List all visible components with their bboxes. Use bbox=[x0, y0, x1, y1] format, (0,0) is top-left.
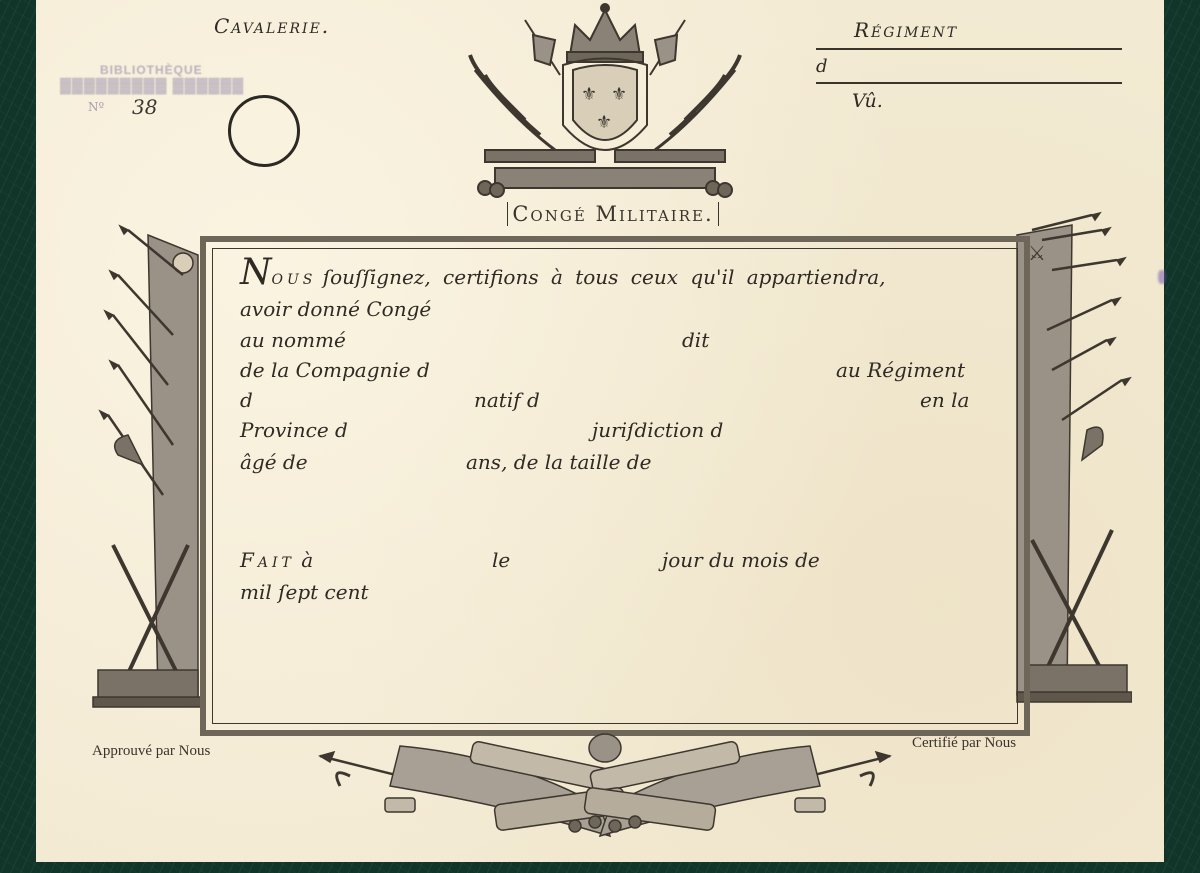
ink-spot bbox=[1158, 270, 1166, 284]
title-text: Congé Militaire. bbox=[507, 202, 718, 226]
stamp-line-1: BIBLIOTHÈQUE bbox=[60, 62, 244, 78]
body-line-3-mid: dit bbox=[682, 328, 709, 352]
body-line-1: Nous ſouſſignez, certifions à tous ceux … bbox=[240, 252, 886, 293]
body-line-8-right: jour du mois de bbox=[662, 548, 820, 572]
nomme-input[interactable] bbox=[366, 328, 670, 354]
stamp-number-label: Nº bbox=[88, 100, 104, 114]
dropcap: N bbox=[240, 252, 272, 293]
library-stamp: BIBLIOTHÈQUE ▓▓▓▓▓▓▓▓▓ ▓▓▓▓▓▓ bbox=[60, 62, 244, 94]
body-line-7-left: âgé de bbox=[240, 450, 308, 474]
body-line-9: mil ſept cent bbox=[240, 580, 369, 604]
approval-signature-label: Approuvé par Nous bbox=[92, 743, 210, 760]
seal-circle-icon bbox=[228, 95, 300, 167]
svg-text:⚜: ⚜ bbox=[611, 84, 627, 105]
svg-text:⚜: ⚜ bbox=[596, 112, 612, 133]
stamp-line-2: ▓▓▓▓▓▓▓▓▓ ▓▓▓▓▓▓ bbox=[60, 78, 244, 94]
body-line-6-mid: juriſdiction d bbox=[592, 418, 723, 442]
age-input[interactable] bbox=[312, 450, 466, 476]
body-line-7-mid: ans, de la taille de bbox=[466, 450, 651, 474]
compagnie-input[interactable] bbox=[448, 358, 832, 384]
body-line-4-left: de la Compagnie d bbox=[240, 358, 430, 382]
stamp-number-value: 38 bbox=[132, 95, 157, 119]
body-line-6-left: Province d bbox=[240, 418, 348, 442]
body-line-4-right: au Régiment bbox=[836, 358, 965, 382]
body-line-5-mid: natif d bbox=[474, 388, 540, 412]
left-trophy-icon bbox=[88, 215, 203, 725]
natif-input[interactable] bbox=[556, 388, 920, 414]
royal-crest-icon: ⚜ ⚜ ⚜ bbox=[455, 0, 755, 200]
taille-input[interactable] bbox=[670, 450, 974, 476]
fait-smallcaps: Fait bbox=[240, 548, 295, 572]
annee-input[interactable] bbox=[380, 580, 584, 606]
right-trophy-icon: ⚔ bbox=[1012, 210, 1132, 725]
body-line-5-left: d bbox=[240, 388, 253, 412]
dit-input[interactable] bbox=[726, 328, 970, 354]
fait-a-input[interactable] bbox=[322, 548, 486, 574]
body-line-2: avoir donné Congé bbox=[240, 297, 431, 321]
regiment-label: Régiment bbox=[854, 18, 958, 42]
regiment-input[interactable] bbox=[836, 56, 1120, 80]
regiment-line-bottom bbox=[816, 82, 1122, 84]
document-title: Congé Militaire. bbox=[452, 197, 774, 231]
body-line-5-right: en la bbox=[920, 388, 969, 412]
province-input[interactable] bbox=[358, 418, 582, 444]
svg-text:⚔: ⚔ bbox=[1028, 241, 1046, 265]
line1-rest: ſouſſignez, certifions à tous ceux qu'il… bbox=[323, 265, 886, 289]
bottom-trophy-icon bbox=[310, 726, 900, 846]
body-line-8-left: Fait à bbox=[240, 548, 313, 572]
regiment-name-input[interactable] bbox=[260, 388, 474, 414]
body-line-3-left: au nommé bbox=[240, 328, 346, 352]
visa-label: Vû. bbox=[852, 90, 883, 112]
jour-input[interactable] bbox=[520, 548, 654, 574]
body-line-8-mid: le bbox=[492, 548, 510, 572]
document-sheet: Cavalerie. Régiment d Vû. BIBLIOTHÈQUE ▓… bbox=[36, 0, 1164, 862]
regiment-prefix: d bbox=[816, 56, 828, 77]
line1-smallcaps: ous bbox=[272, 265, 317, 289]
mois-input[interactable] bbox=[836, 548, 980, 574]
certification-signature-label: Certifié par Nous bbox=[912, 735, 1016, 752]
branch-heading: Cavalerie. bbox=[214, 14, 330, 38]
regiment-line-top bbox=[816, 48, 1122, 50]
jurisdiction-input[interactable] bbox=[730, 418, 974, 444]
fait-a: à bbox=[301, 548, 313, 572]
svg-text:⚜: ⚜ bbox=[581, 84, 597, 105]
